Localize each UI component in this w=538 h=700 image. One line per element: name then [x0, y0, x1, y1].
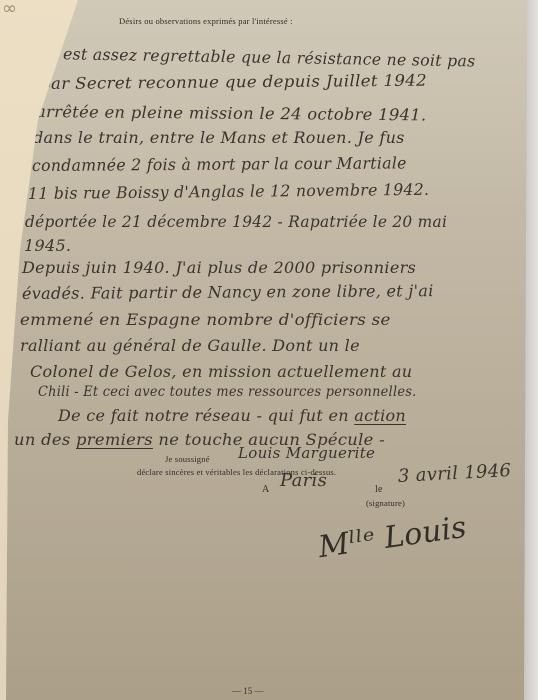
signature: Mˡˡᵉ Louis — [316, 510, 468, 565]
place-value: Paris — [280, 470, 327, 491]
infinity-mark: ∞ — [2, 2, 32, 16]
signature-label: (signature) — [366, 498, 405, 508]
underlined-word: premiers — [76, 430, 153, 449]
document-page: Désirs ou observations exprimés par l'in… — [0, 0, 527, 700]
handwritten-line-1: Il est assez regrettable que la résistan… — [46, 44, 476, 70]
handwritten-line-9: Depuis juin 1940. J'ai plus de 2000 pris… — [22, 258, 416, 277]
handwritten-line-13: Colonel de Gelos, en mission actuellemen… — [30, 362, 412, 381]
date-prefix: le — [375, 484, 383, 495]
declaration-prefix: Je soussigné — [165, 454, 210, 464]
handwritten-line-7: déportée le 21 décembre 1942 - Rapatriée… — [25, 212, 447, 231]
printed-header: Désirs ou observations exprimés par l'in… — [119, 16, 293, 26]
date-value: 3 avril 1946 — [397, 460, 511, 487]
place-prefix: A — [262, 484, 269, 495]
handwritten-line-14: Chili - Et ceci avec toutes mes ressourc… — [38, 384, 417, 400]
handwritten-line-10: évadés. Fait partir de Nancy en zone lib… — [22, 281, 434, 303]
handwritten-line-15: De ce fait notre réseau - qui fut en act… — [58, 406, 406, 425]
handwritten-line-11: emmené en Espagne nombre d'officiers se — [20, 310, 391, 329]
page-number: — 15 — — [232, 686, 264, 696]
handwritten-line-12: ralliant au général de Gaulle. Dont un l… — [20, 336, 360, 355]
declarant-name: Louis Marguerite — [238, 444, 375, 462]
handwritten-line-2: par Secret reconnue que depuis Juillet 1… — [40, 71, 427, 93]
handwritten-line-6: 11 bis rue Boissy d'Anglas le 12 novembr… — [28, 180, 429, 203]
handwritten-line-4: dans le train, entre le Mans et Rouen. J… — [33, 128, 405, 147]
handwritten-line-3: arrêtée en pleine mission le 24 octobre … — [36, 102, 427, 124]
handwritten-line-8: 1945. — [24, 236, 71, 255]
underlined-word: action — [354, 406, 406, 425]
handwritten-line-5: condamnée 2 fois à mort par la cour Mart… — [32, 153, 407, 175]
